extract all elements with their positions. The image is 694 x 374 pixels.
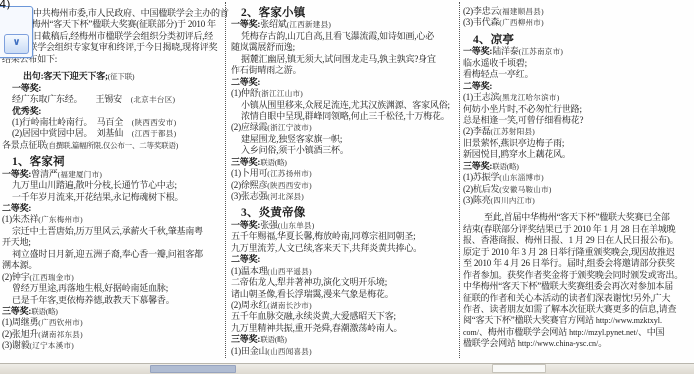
text-segment: 二等奖: <box>231 254 260 264</box>
text-segment: (山东淄博市) <box>499 173 544 182</box>
text-line: 一等奖:张强(山东单县) <box>231 220 457 231</box>
text-segment: (2)钟宇 <box>2 272 30 282</box>
text-line: 二等奖: <box>463 81 692 92</box>
text-segment: 陆洋泰 <box>492 46 518 56</box>
text-segment: http://www.mzktxyl. <box>596 316 662 325</box>
newspaper-page: 中共梅州市委,市人民政府、中国楹联学会主办的首届梅州“客天下杯”楹联大奖赛(征联… <box>0 0 694 374</box>
text-segment: 张绍斌 <box>260 19 286 29</box>
text-segment: 二等奖: <box>2 203 31 213</box>
column-divider <box>225 2 226 358</box>
text-line: (1)田金山(山西闻喜县) <box>231 346 457 357</box>
text-segment: (江西新建县) <box>287 20 332 29</box>
text-line: (2)周永红(湖南长沙市) <box>231 300 457 311</box>
text-line: 诸山朝圣像,看长浮瑞霭,漫来气象是梅花。 <box>231 289 457 300</box>
text-line: 原定于 2010 年 3 月 28 日举行隆重颁奖晚会,现因故推迟 <box>463 247 692 258</box>
text-segment: 九万里山川踏遍,散叶分枝,长通竹节心中志; <box>12 180 177 190</box>
text-segment: 届梅州“客天下杯”楹联大奖赛(征联部分)于 2010 年 <box>23 19 216 29</box>
text-segment: 五千年赐福,华夏长馨,梅放岭南,同尊宗祖同朝圣; <box>231 231 415 241</box>
text-line: (2)应绿霞(浙江宁波市) <box>231 122 457 133</box>
text-line: 优秀奖: <box>2 106 223 117</box>
text-line: 一等奖:张绍斌(江西新建县) <box>231 19 457 30</box>
text-line: 一千年岁月流来,开花结果,永记梅魂树下根。 <box>2 192 223 203</box>
text-segment: 临水遥收千顷碧; <box>463 58 527 68</box>
text-line: 三等奖:联语(略) <box>463 161 692 172</box>
text-segment: (1)行岭南壮岭南行。 马百全 <box>12 117 132 127</box>
text-segment: 联语(略) <box>260 158 287 167</box>
text-line: 溯本源。 <box>2 260 223 271</box>
text-line: (1)卜用可(江苏扬州市) <box>231 168 457 179</box>
text-line: 二等奖: <box>231 77 457 88</box>
text-segment: 九万里精神共振,重开尧舜,春潮激荡岭南人。 <box>231 323 402 333</box>
text-segment: (安徽马鞍山市) <box>499 185 551 194</box>
text-line: 九万里精神共振,重开尧舜,春潮激荡岭南人。 <box>231 323 457 334</box>
text-segment: 2、客家小镇 <box>241 7 305 19</box>
text-line: 临水遥收千顷碧; <box>463 58 692 69</box>
text-segment: 溯本源。 <box>2 260 37 270</box>
text-segment: 宗迁中土晋唐始,历万里风云,承薪火千秋,肇基南粤 <box>12 226 203 236</box>
scroll-down-button[interactable]: ∨ <box>4 34 29 54</box>
text-segment: 征联的作者和关心本活动的读者们深表谢忱!另外,广大 <box>463 293 670 303</box>
text-segment: 三等奖: <box>231 157 260 167</box>
text-segment: 作者、读者朋友如需了解本次征联大赛更多的信息,请查 <box>463 304 676 314</box>
text-line: 随岚霭展舒而逸; <box>231 42 457 53</box>
text-segment: 作石街晴雨之游。 <box>231 65 301 75</box>
text-line: 宗迁中土晋唐始,历万里风云,承薪火千秋,肇基南粤 <box>2 226 223 237</box>
text-segment: (1)苏振学 <box>463 172 499 182</box>
text-line: 1、客家祠 <box>2 157 223 168</box>
text-line: 结果公布如下: <box>2 54 223 65</box>
text-line: (1)温本理(山西平遥县) <box>231 266 457 277</box>
text-segment: 优秀奖: <box>12 106 41 116</box>
text-segment: (江苏南京市) <box>519 47 564 56</box>
text-line: (3)张志强(河北深县) <box>231 191 457 202</box>
text-segment: 经广东取广东经。 王锡安 <box>12 94 131 104</box>
text-segment: (山西平遥县) <box>267 267 312 276</box>
text-segment: 建屋围龙,独竖客家旗一帜; <box>241 134 342 144</box>
text-segment: (北京丰台区) <box>131 95 176 104</box>
text-segment: (江苏扬州市) <box>267 169 312 178</box>
text-segment: 诸山朝圣像,看长浮瑞霭,漫来气象是梅花。 <box>231 289 394 299</box>
text-segment: (3)陈亮 <box>463 195 491 205</box>
text-line: 曾经万里途,再落地生根,好据岭南延血脉; <box>2 283 223 294</box>
text-line: 4、凉亭 <box>463 35 692 46</box>
text-segment: 原定于 2010 年 3 月 28 日举行隆重颁奖晚会,现因故推迟 <box>463 247 675 257</box>
text-segment: 三等奖: <box>463 161 492 171</box>
text-segment: 二等奖: <box>463 81 492 91</box>
text-line: (2)李忠云(福建顺昌县) <box>463 6 692 17</box>
text-segment: (征下联) <box>108 72 135 81</box>
text-line: (2)张旭升(湖南祁东县) <box>2 329 223 340</box>
text-line: (3)陈亮(四川内江市) <box>463 195 692 206</box>
text-segment: 看梅轻点一亭红。 <box>463 69 533 79</box>
text-line: (1)王志滨(黑龙江哈尔滨市) <box>463 92 692 103</box>
text-line: 一等奖: <box>2 83 223 94</box>
text-line: (1)苏振学(山东淄博市) <box>463 172 692 183</box>
text-segment: (1)王志滨 <box>463 92 499 102</box>
text-segment: (1)田金山 <box>231 346 267 356</box>
text-line: 至此,首届中华梅州“客天下杯”楹联大奖赛已全部 <box>463 212 692 223</box>
chevron-down-icon: ∨ <box>12 37 20 48</box>
text-segment: 凭梅存古韵,山兀自高,且看飞瀑流霞,如诗如画,心必 <box>241 31 434 41</box>
text-segment: (1)仲舒 <box>231 88 259 98</box>
text-line: 3、炎黄帝像 <box>231 208 457 219</box>
text-line: 看梅轻点一亭红。 <box>463 69 692 80</box>
text-segment: 一等奖: <box>463 46 492 56</box>
text-segment: (山东单县) <box>278 221 315 230</box>
text-segment: (2)张旭升 <box>2 329 38 339</box>
text-segment: 3、炎黄帝像 <box>241 207 305 219</box>
text-segment: 联语(略) <box>492 162 519 171</box>
text-line: 二等奖: <box>2 203 223 214</box>
text-segment: 随岚霭展舒而逸; <box>231 42 295 52</box>
text-segment: 一等奖: <box>12 83 41 93</box>
text-segment: (广东梅州市) <box>38 215 83 224</box>
text-segment: http://mzyl.pynet.net/ <box>569 328 638 337</box>
overlay-label: (4) <box>0 0 11 11</box>
text-line: 已是千年客,更依梅养德,敢教天下慕馨香。 <box>2 295 223 306</box>
text-segment: 报、香港商报、梅州日报、1 月 29 日在人民日报公布)。 <box>463 235 678 245</box>
text-segment: 。 <box>598 338 607 348</box>
text-segment: (2)应绿霞 <box>231 122 267 132</box>
text-segment: 三等奖: <box>2 306 31 316</box>
text-segment: (广西钦州市) <box>38 318 83 327</box>
text-segment: (陕西西安市) <box>267 181 312 190</box>
text-segment: 二等奖: <box>231 77 260 87</box>
text-line: 一等奖:陆洋泰(江苏南京市) <box>463 46 692 57</box>
text-line: 小镇从围里移来,众屐足流连,尤其汉族渊源、客家风俗; <box>231 100 457 111</box>
text-line: 征联的作者和关心本活动的读者们深表谢忱!另外,广大 <box>463 293 692 304</box>
text-line: 日截稿后,经梅州市楹联学会组织分类初评后,经 <box>2 31 223 42</box>
text-segment: (湖南长沙市) <box>267 301 312 310</box>
newspaper-column-3: (2)李忠云(福建顺昌县)(3)韦代森(广西柳州市)4、凉亭一等奖:陆洋泰(江苏… <box>463 6 692 350</box>
overlay-scroll-panel: ∨ <box>0 6 33 58</box>
text-segment: (陕西西安市) <box>132 118 177 127</box>
text-line: 新园悦目,鸥穿水上藕花风。 <box>463 149 692 160</box>
text-line: 三等奖:联语(略) <box>231 157 457 168</box>
text-line: (2)钟宇(江西瑞金市) <box>2 272 223 283</box>
text-line: 结束(春联部分评奖结果已于 2010 年 1 月 28 日在羊城晚 <box>463 224 692 235</box>
text-segment: 五千年血脉交融,永续炎黄,大爱感昭天下客; <box>231 311 396 321</box>
text-segment: (黑龙江哈尔滨市) <box>499 93 559 102</box>
text-segment: 旧景萦怀,燕识亭边梅子雨; <box>463 138 564 148</box>
text-segment: (浙江江山市) <box>259 89 304 98</box>
text-line: 二等奖: <box>231 254 457 265</box>
text-segment: (1)卜用可 <box>231 168 267 178</box>
text-line: 阅“客天下杯”楹联大奖赛官方网站 http://www.mzktxyl. <box>463 315 692 326</box>
text-segment: (2)居园中赏园中居。 刘基仙 <box>12 128 132 138</box>
text-line: 二帝佑龙人,犁井著神功,演化文明开乐境; <box>231 277 457 288</box>
text-segment: 浓情自眼中呈现,群峰同领略,何止三千松径,十万梅花。 <box>241 111 450 121</box>
text-line: 一等奖:曾清严(福建厦门市) <box>2 169 223 180</box>
text-segment: (河北深县) <box>267 192 304 201</box>
text-line: 作者、读者朋友如需了解本次征联大赛更多的信息,请查 <box>463 304 692 315</box>
text-segment: 中国楹联学会组织专家复审和终评,于今日揭晓,现将评奖 <box>2 42 217 52</box>
text-line: 建屋围龙,独竖客家旗一帜; <box>231 134 457 145</box>
text-segment: 至此,首届中华梅州“客天下杯”楹联大奖赛已全部 <box>484 212 670 222</box>
text-segment: 曾经万里途,再落地生根,好据岭南延血脉; <box>12 283 168 293</box>
text-line: (2)杭后发(安徽马鞍山市) <box>463 184 692 195</box>
text-line: (1)行岭南壮岭南行。 马百全 (陕西西安市) <box>2 117 223 128</box>
text-segment: (3)张志强 <box>231 191 267 201</box>
text-segment: (自撰联,篇幅所限,仅公布一、二等奖联语) <box>46 141 178 150</box>
text-segment: (3)韦代森 <box>463 17 499 27</box>
text-segment: 出句:客天下迎天下客; <box>23 71 108 81</box>
text-segment: 4、凉亭 <box>473 34 514 46</box>
text-segment: com/ <box>463 328 479 337</box>
text-line: 三等奖:联语(略) <box>2 306 223 317</box>
text-line: 凭梅存古韵,山兀自高,且看飞瀑流霞,如诗如画,心必 <box>231 31 457 42</box>
text-segment: 结束(春联部分评奖结果已于 2010 年 1 月 28 日在羊城晚 <box>463 224 675 234</box>
text-segment: 曾清严 <box>31 169 57 179</box>
text-segment: 已是千年客,更依梅养德,敢教天下慕馨香。 <box>12 295 175 305</box>
column-divider <box>459 2 460 358</box>
text-line: 至 2010 年 4 月 26 日举行。届时,组委会将邀请部分获奖 <box>463 258 692 269</box>
scrollbar-thumb[interactable] <box>492 364 546 373</box>
text-segment: (3)谢毅 <box>2 340 30 350</box>
text-line: 经广东取广东经。 王锡安 (北京丰台区) <box>2 94 223 105</box>
text-line: (1)朱杰祥(广东梅州市) <box>2 214 223 225</box>
text-line: 祠立盛时日月新,迎五洲子裔,奉心香一瓣,问祖客都 <box>2 249 223 260</box>
text-line: (3)韦代森(广西柳州市) <box>463 17 692 28</box>
text-line: 各景点征联(自撰联,篇幅所限,仅公布一、二等奖联语) <box>2 140 223 151</box>
text-line: com/、梅州市楹联学会网站 http://mzyl.pynet.net/、中国 <box>463 327 692 338</box>
text-line: (3)谢毅(辽宁本溪市) <box>2 340 223 351</box>
text-segment: 张强 <box>260 220 278 230</box>
text-segment: 楹联学会网站 <box>463 338 518 348</box>
text-line: 报、香港商报、梅州日报、1 月 29 日在人民日报公布)。 <box>463 235 692 246</box>
text-segment: (2)杭后发 <box>463 184 499 194</box>
text-line: 何妨小坐片时,不必匆忙行世路; <box>463 104 692 115</box>
text-segment: 二帝佑龙人,犁井著神功,演化文明开乐境; <box>231 277 387 287</box>
text-segment: (2)李忠云 <box>463 6 499 16</box>
text-line: (2)徐熙彦(陕西西安市) <box>231 180 457 191</box>
text-segment: 一等奖: <box>231 220 260 230</box>
text-line: 九万里山川踏遍,散叶分枝,长通竹节心中志; <box>2 180 223 191</box>
text-line: 开天地; <box>2 237 223 248</box>
text-segment: 三等奖: <box>231 334 260 344</box>
text-segment: (辽宁本溪市) <box>30 341 75 350</box>
text-line: 三等奖:联语(略) <box>231 334 457 345</box>
text-segment: (1)温本理 <box>231 266 267 276</box>
text-segment: 联语(略) <box>260 335 287 344</box>
text-line: 九万里流芳,人文已续,客来天下,共拜炎黄共捧心。 <box>231 243 457 254</box>
text-segment: http://www.china-ysc.cn/ <box>518 339 598 348</box>
text-segment: 一千年岁月流来,开花结果,永记梅魂树下根。 <box>12 192 183 202</box>
text-line: (2)李磊(江苏射阳县) <box>463 126 692 137</box>
text-line: 五千年血脉交融,永续炎黄,大爱感昭天下客; <box>231 311 457 322</box>
text-line: (1)仲舒(浙江江山市) <box>231 88 457 99</box>
text-segment: 一等奖: <box>231 19 260 29</box>
text-line: 2、客家小镇 <box>231 8 457 19</box>
text-segment: (福建厦门市) <box>58 170 103 179</box>
text-line: 据麓汇幽居,镇无须大,试问围龙走马,孰主孰宾?身宜 <box>231 54 457 65</box>
text-segment: 阅“客天下杯”楹联大奖赛官方网站 <box>463 315 596 325</box>
horizontal-scrollbar[interactable] <box>0 363 694 374</box>
text-line: 中华梅州“客天下杯”楹联大奖赛组委会再次对参加本届 <box>463 281 692 292</box>
text-line: 五千年赐福,华夏长馨,梅放岭南,同尊宗祖同朝圣; <box>231 231 457 242</box>
newspaper-column-2: 2、客家小镇一等奖:张绍斌(江西新建县)凭梅存古韵,山兀自高,且看飞瀑流霞,如诗… <box>231 8 457 357</box>
text-segment: 至 2010 年 4 月 26 日举行。届时,组委会将邀请部分获奖 <box>463 258 675 268</box>
text-segment: (浙江宁波市) <box>267 123 312 132</box>
text-segment: (湖南祁东县) <box>38 330 83 339</box>
text-segment: 日截稿后,经梅州市楹联学会组织分类初评后,经 <box>33 31 213 41</box>
text-line: 浓情自眼中呈现,群峰同领略,何止三千松径,十万梅花。 <box>231 111 457 122</box>
newspaper-column-1: 中共梅州市委,市人民政府、中国楹联学会主办的首届梅州“客天下杯”楹联大奖赛(征联… <box>2 8 223 352</box>
text-segment: 、梅州市楹联学会网站 <box>479 327 569 337</box>
text-line: 总是相逢一笑,可曾仔细看梅花? <box>463 115 692 126</box>
text-segment: (山西闻喜县) <box>267 347 312 356</box>
scrollbar-segment-blue[interactable] <box>150 365 236 373</box>
text-segment: 开天地; <box>2 237 31 247</box>
text-line: 中国楹联学会组织专家复审和终评,于今日揭晓,现将评奖 <box>2 42 223 53</box>
text-segment: (福建顺昌县) <box>499 7 544 16</box>
text-segment: 作者参加。获奖作者奖金将于颁奖晚会同时颁发或寄出。 <box>463 270 683 280</box>
text-segment: (2)徐熙彦 <box>231 180 267 190</box>
text-segment: 总是相逢一笑,可曾仔细看梅花? <box>463 115 583 125</box>
text-segment: (2)李磊 <box>463 126 491 136</box>
text-segment: 入乡问俗,须干小镇酒三杯。 <box>241 145 349 155</box>
text-segment: 九万里流芳,人文已续,客来天下,共拜炎黄共捧心。 <box>231 243 422 253</box>
text-line: (1)周继勇(广西钦州市) <box>2 317 223 328</box>
text-line: (2)居园中赏园中居。 刘基仙 (江西于都县) <box>2 128 223 139</box>
text-line: 作石街晴雨之游。 <box>231 65 457 76</box>
text-line: 届梅州“客天下杯”楹联大奖赛(征联部分)于 2010 年 <box>2 19 223 30</box>
text-segment: 各景点征联 <box>2 140 46 150</box>
text-line: 中共梅州市委,市人民政府、中国楹联学会主办的首 <box>2 8 223 19</box>
text-segment: 1、客家祠 <box>12 156 65 168</box>
text-segment: (江苏射阳县) <box>491 127 536 136</box>
text-line: 入乡问俗,须干小镇酒三杯。 <box>231 145 457 156</box>
text-line: 旧景萦怀,燕识亭边梅子雨; <box>463 138 692 149</box>
text-segment: 祠立盛时日月新,迎五洲子裔,奉心香一瓣,问祖客都 <box>12 249 203 259</box>
text-segment: 何妨小坐片时,不必匆忙行世路; <box>463 104 582 114</box>
text-segment: (四川内江市) <box>491 196 536 205</box>
text-segment: (1)周继勇 <box>2 317 38 327</box>
text-segment: (江西于都县) <box>132 129 177 138</box>
text-segment: 中华梅州“客天下杯”楹联大奖赛组委会再次对参加本届 <box>463 281 673 291</box>
text-segment: 小镇从围里移来,众屐足流连,尤其汉族渊源、客家风俗; <box>241 100 450 110</box>
text-line: 出句:客天下迎天下客;(征下联) <box>2 71 223 82</box>
text-segment: 据麓汇幽居,镇无须大,试问围龙走马,孰主孰宾?身宜 <box>241 54 436 64</box>
text-segment: (江西瑞金市) <box>30 273 75 282</box>
text-line: 作者参加。获奖作者奖金将于颁奖晚会同时颁发或寄出。 <box>463 270 692 281</box>
text-segment: 新园悦目,鸥穿水上藕花风。 <box>463 149 571 159</box>
text-segment: 中共梅州市委,市人民政府、中国楹联学会主办的首 <box>33 8 229 18</box>
text-segment: (广西柳州市) <box>499 18 544 27</box>
text-segment: (1)朱杰祥 <box>2 214 38 224</box>
text-segment: 一等奖: <box>2 169 31 179</box>
text-segment: 、中国 <box>638 327 664 337</box>
text-segment: 联语(略) <box>31 307 58 316</box>
text-segment: (2)周永红 <box>231 300 267 310</box>
text-line: 楹联学会网站 http://www.china-ysc.cn/。 <box>463 338 692 349</box>
